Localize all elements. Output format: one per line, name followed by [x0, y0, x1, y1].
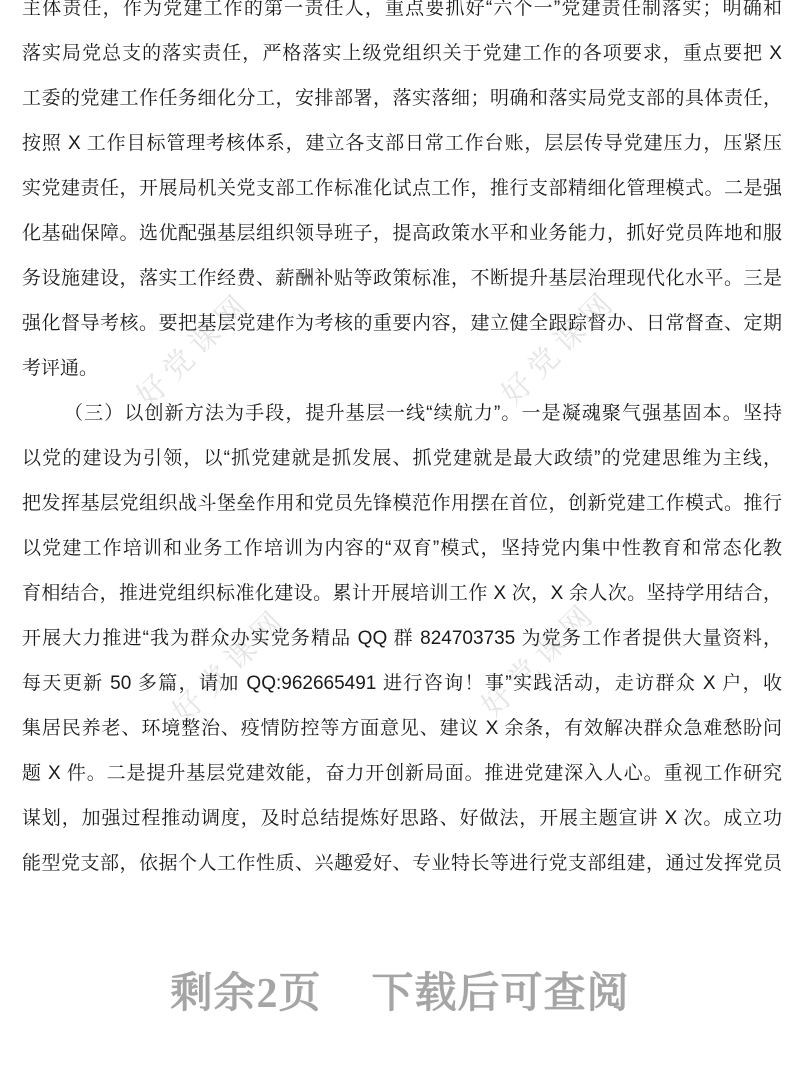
text-line: 主体责任，作为党建工作的第一责任人，重点要抓好“六个一”党建责任制落实；明确和: [22, 0, 782, 31]
text-line: 以党的建设为引领，以“抓党建就是抓发展、抓党建就是最大政绩”的党建思维为主线，: [22, 436, 782, 481]
download-overlay: 剩余2页 下载后可查阅: [0, 960, 800, 1020]
document-page: { "page": { "background": "#ffffff", "te…: [0, 0, 800, 1068]
text-line: 化基础保障。选优配强基层组织领导班子，提高政策水平和业务能力，抓好党员阵地和服: [22, 211, 782, 256]
text-line: 工委的党建工作任务细化分工，安排部署，落实落细；明确和落实局党支部的具体责任，: [22, 76, 782, 121]
text-line: 育相结合，推进党组织标准化建设。累计开展培训工作 X 次，X 余人次。坚持学用结…: [22, 571, 782, 616]
download-hint-text: 下载后可查阅: [372, 960, 630, 1020]
text-line: 实党建责任，开展局机关党支部工作标准化试点工作，推行支部精细化管理模式。二是强: [22, 166, 782, 211]
text-line: 把发挥基层党组织战斗堡垒作用和党员先锋模范作用摆在首位，创新党建工作模式。推行: [22, 481, 782, 526]
text-line: 考评通。: [22, 346, 782, 391]
text-line: 落实局党总支的落实责任，严格落实上级党组织关于党建工作的各项要求，重点要把 X: [22, 31, 782, 76]
document-body: 主体责任，作为党建工作的第一责任人，重点要抓好“六个一”党建责任制落实；明确和落…: [22, 0, 782, 886]
text-line: 谋划，加强过程推动调度，及时总结提炼好思路、好做法，开展主题宣讲 X 次。成立功: [22, 796, 782, 841]
text-line: 题 X 件。二是提升基层党建效能，奋力开创新局面。推进党建深入人心。重视工作研究: [22, 751, 782, 796]
text-line: 能型党支部，依据个人工作性质、兴趣爱好、专业特长等进行党支部组建，通过发挥党员: [22, 841, 782, 886]
text-line: 以党建工作培训和业务工作培训为内容的“双育”模式，坚持党内集中性教育和常态化教: [22, 526, 782, 571]
text-line: 强化督导考核。要把基层党建作为考核的重要内容，建立健全跟踪督办、日常督查、定期: [22, 301, 782, 346]
text-line: 开展大力推进“我为群众办实党务精品 QQ 群 824703735 为党务工作者提…: [22, 616, 782, 661]
text-line: （三）以创新方法为手段，提升基层一线“续航力”。一是凝魂聚气强基固本。坚持: [22, 391, 782, 436]
document-page-surface: 好党课网好党课网好党课网好党课网好党课网好党课网 主体责任，作为党建工作的第一责…: [0, 0, 800, 1068]
text-line: 每天更新 50 多篇，请加 QQ:962665491 进行咨询！事”实践活动，走…: [22, 661, 782, 706]
text-line: 集居民养老、环境整治、疫情防控等方面意见、建议 X 余条，有效解决群众急难愁盼问: [22, 706, 782, 751]
text-line: 务设施建设，落实工作经费、薪酬补贴等政策标准，不断提升基层治理现代化水平。三是: [22, 256, 782, 301]
text-line: 按照 X 工作目标管理考核体系，建立各支部日常工作台账，层层传导党建压力，压紧压: [22, 121, 782, 166]
remaining-pages-text: 剩余2页: [170, 960, 321, 1020]
